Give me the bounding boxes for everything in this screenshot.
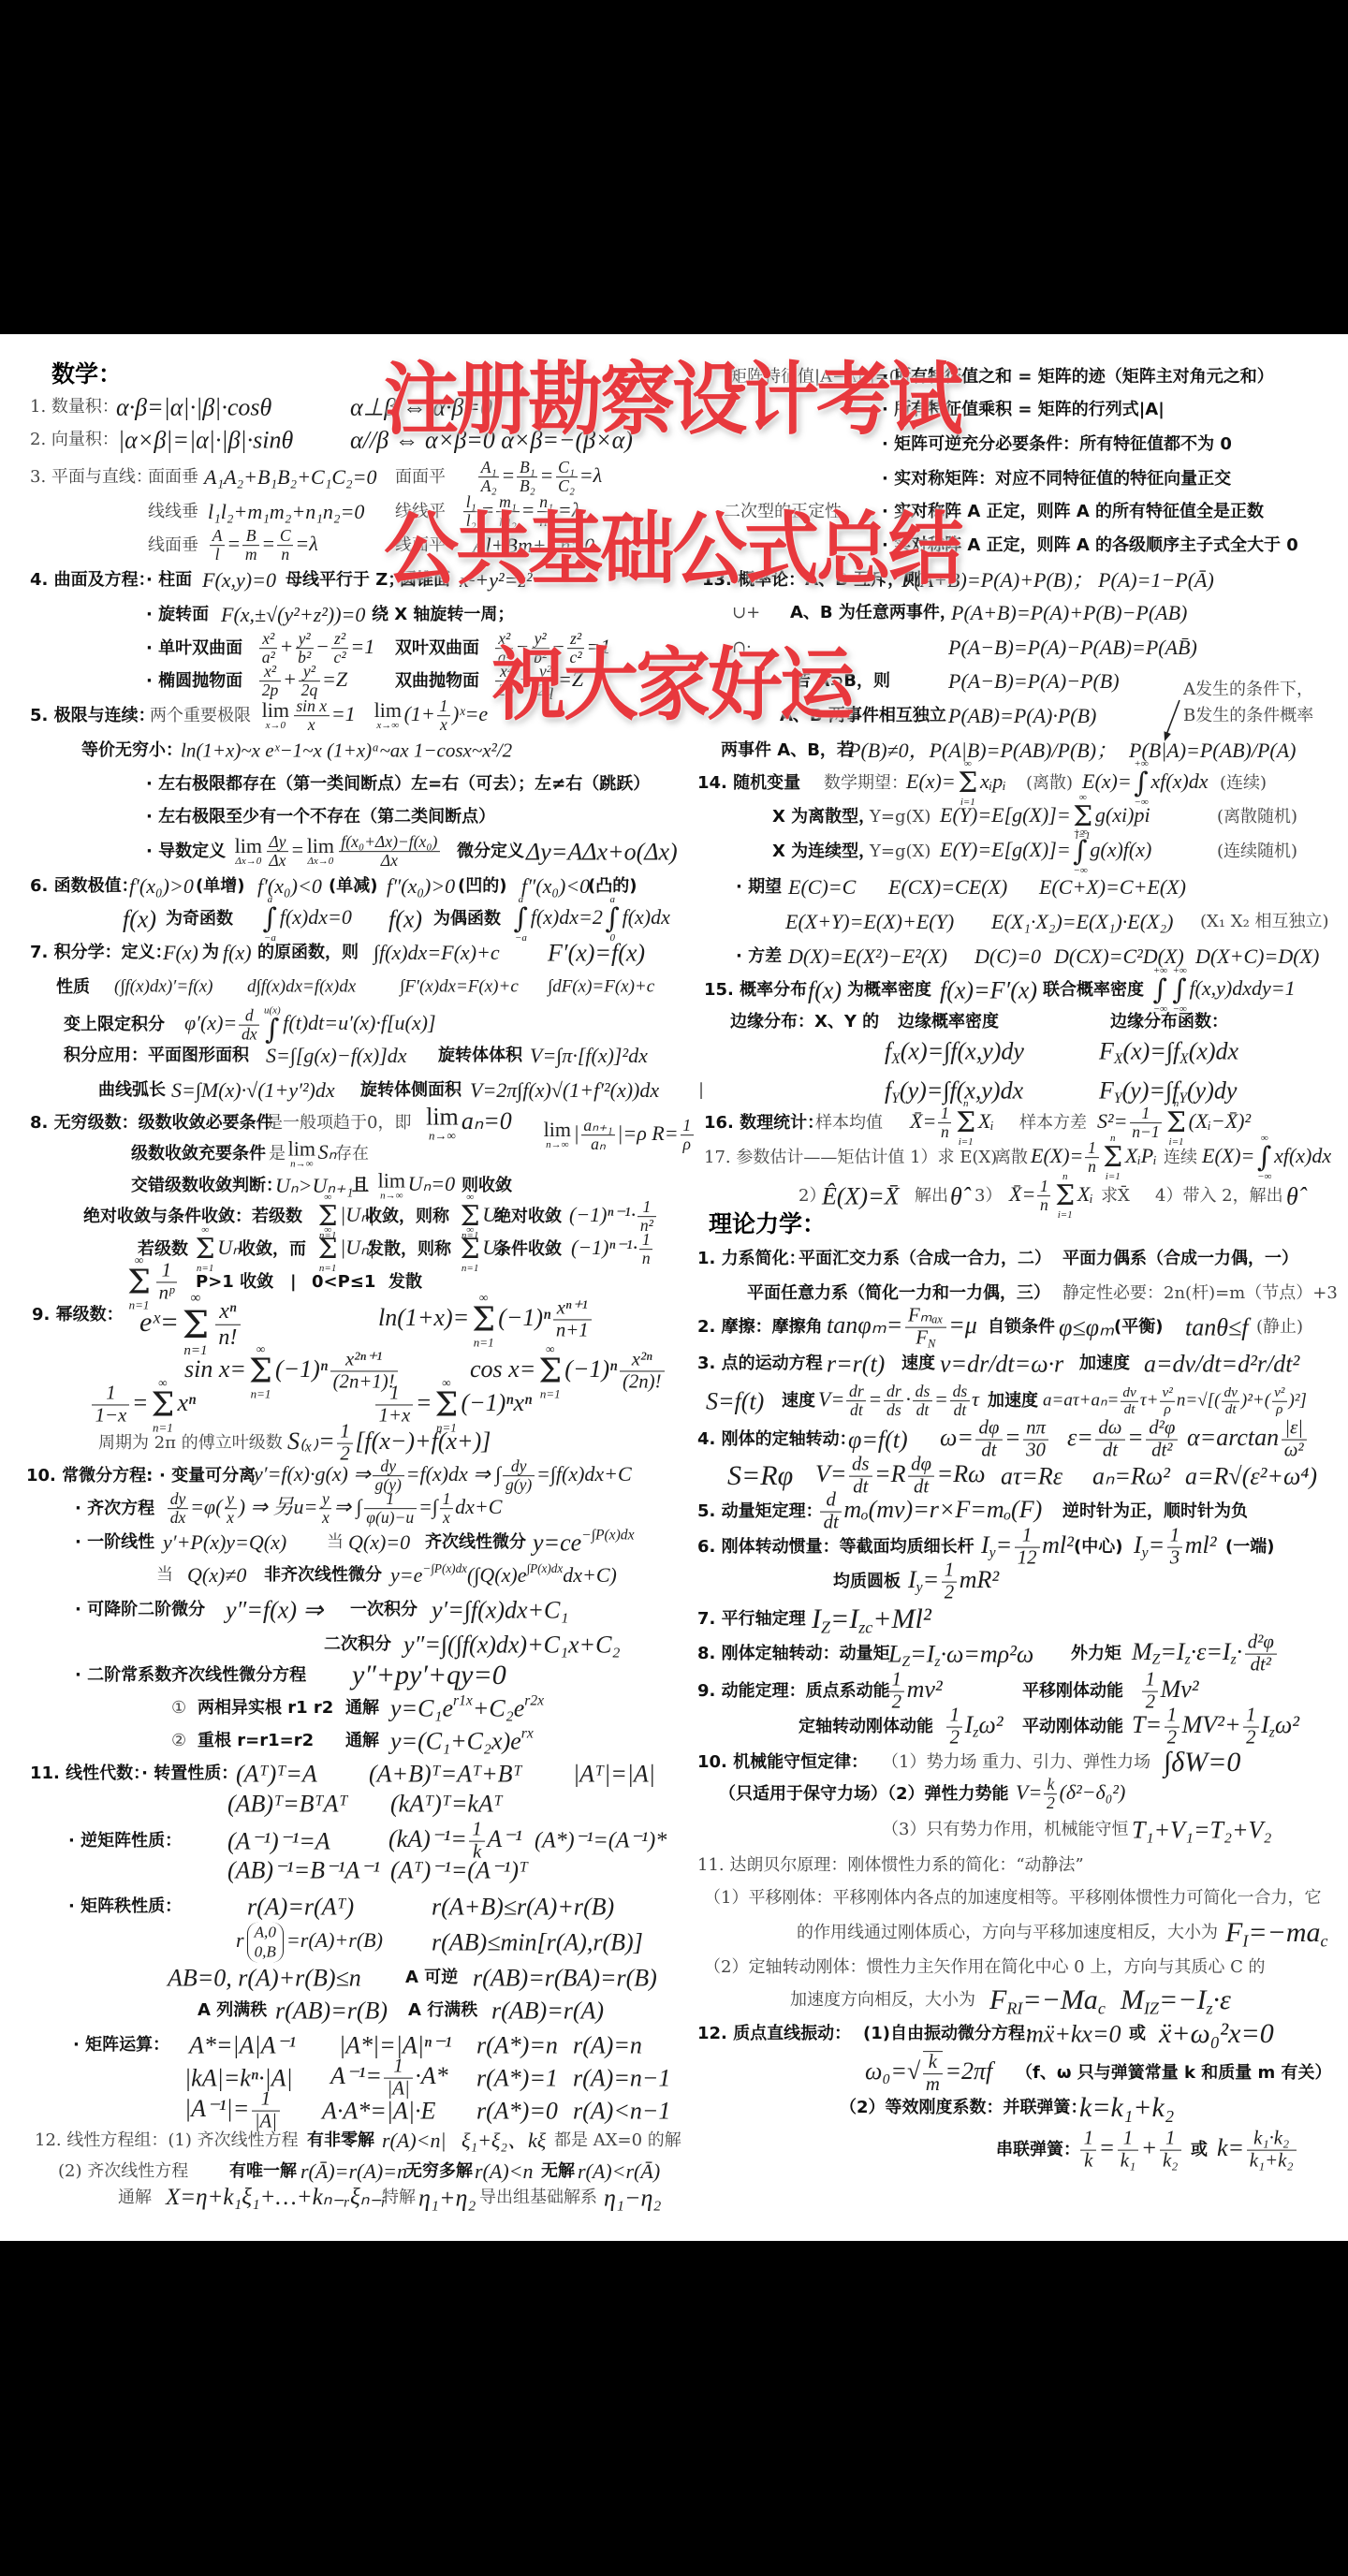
- formula: D(X)=E(X²)−E²(X): [788, 944, 947, 969]
- text: 级数收敛充要条件: [131, 1144, 266, 1164]
- formula: limn→∞Uₙ=0: [375, 1171, 455, 1202]
- formula: f(x): [808, 975, 842, 1004]
- list-marker: 3）: [974, 1186, 1002, 1207]
- denominator-base: F: [916, 1327, 928, 1349]
- text: A 行满秩: [408, 2000, 477, 2021]
- formula-part: g(x)f(x): [1090, 838, 1151, 861]
- limit-operator: limx→0: [262, 701, 289, 732]
- formula-part: )ˣ=e: [452, 702, 488, 725]
- denominator: x: [319, 1510, 331, 1528]
- text: 平面力偶系（合成一力偶，一）: [1062, 1249, 1298, 1269]
- text: 面面垂: [148, 467, 198, 488]
- lower-limit: −a: [515, 933, 527, 944]
- section-label: 7. 积分学：定义：: [30, 943, 172, 963]
- text: · 单叶双曲面: [146, 638, 242, 659]
- numerator: y: [225, 1490, 237, 1509]
- summation-operator: ∞Σn=1: [152, 1376, 175, 1433]
- formula: η₁+η₂: [418, 2183, 476, 2212]
- integral-operator: +∞∫−∞: [1073, 827, 1087, 876]
- formula: sin x=∞Σn=1(−1)ⁿx²ⁿ⁺¹(2n+1)!: [184, 1342, 400, 1399]
- lower-limit: n=1: [153, 1422, 173, 1434]
- text: 两相异实根 r1 r2: [198, 1698, 333, 1719]
- list-marker: ②: [171, 1731, 186, 1751]
- fraction: f(x₀+Δx)−f(x₀)Δx: [339, 833, 440, 871]
- limit-operator: limn→∞: [378, 1171, 405, 1202]
- text: (1)自由振动微分方程：: [863, 2024, 1042, 2044]
- denominator: k: [1080, 2151, 1096, 2173]
- formula-part: =φ(: [190, 1495, 222, 1518]
- formula: φ=f(t): [848, 1425, 908, 1454]
- formula: limx→∞(1+1x)ˣ=e: [372, 697, 488, 735]
- fraction: A₁A₂: [478, 459, 499, 496]
- fraction: dydx: [168, 1490, 188, 1528]
- text: 加速度: [988, 1391, 1038, 1412]
- denominator: x: [440, 1510, 453, 1528]
- text: 定轴转动刚体动能: [799, 1717, 933, 1737]
- text: 无穷多解: [405, 2161, 473, 2182]
- numerator: 1: [469, 1820, 485, 1842]
- fraction: 1ρ: [681, 1117, 694, 1154]
- integral-operator: a∫0: [605, 895, 619, 944]
- text: 或: [1129, 2024, 1146, 2044]
- formula: α·β=|α|·|β|·cosθ: [116, 392, 271, 421]
- text: 微分定义: [457, 842, 524, 862]
- formula: limn→∞aₙ=0: [423, 1105, 512, 1142]
- formula: ln(1+x)=∞Σn=1(−1)ⁿxⁿ⁺¹n+1: [378, 1291, 593, 1348]
- formula-part: ·: [905, 1387, 911, 1411]
- lower-limit: −a: [264, 933, 276, 944]
- block-matrix: A,00,B: [247, 1923, 284, 1963]
- text: 有唯一解: [229, 2161, 297, 2182]
- formula: S=Rφ: [727, 1459, 793, 1493]
- text: 平面任意力系（简化一力和一力偶，三）: [747, 1283, 1050, 1304]
- operator-symbol: ∫: [1172, 976, 1186, 1004]
- text: 为奇函数: [166, 909, 233, 929]
- formula: X̄=1nnΣi=1Xᵢ: [910, 1099, 994, 1148]
- numerator: aₙ₊₁: [581, 1117, 615, 1135]
- formula: (A*)⁻¹=(A⁻¹)*: [535, 1828, 667, 1855]
- text: · 可降阶二阶微分: [75, 1600, 205, 1620]
- formula-part: S₍ₓ₎=: [287, 1427, 335, 1455]
- section-label: 5. 动量矩定理：: [697, 1501, 823, 1522]
- denominator: |A|: [252, 2112, 280, 2133]
- formula-part: y=(C₁+C₂x)e: [390, 1727, 521, 1754]
- numerator: C: [277, 527, 293, 546]
- fraction: B₁B₂: [517, 459, 537, 496]
- formula-part: y=ce: [533, 1529, 581, 1556]
- denominator: x: [437, 717, 450, 735]
- formula: (AB)⁻¹=B⁻¹A⁻¹: [227, 1855, 380, 1884]
- subscript: y: [916, 1580, 923, 1596]
- section-label: 17. 参数估计——矩估计值 1）求 E(X): [704, 1148, 997, 1168]
- formula-part: Xᵢ: [1077, 1182, 1093, 1206]
- text: 边缘分布：X、Y 的: [730, 1012, 879, 1032]
- formula-part: a=aτ+aₙ=: [1043, 1390, 1119, 1410]
- text: 边缘分布函数：: [1110, 1012, 1228, 1032]
- formula-part: g(xi)pi: [1095, 803, 1150, 827]
- section-label: 11. 线性代数：· 转置性质：: [30, 1764, 238, 1784]
- formula: r(A)<n−1: [573, 2096, 670, 2125]
- fraction: d²φdt²: [1245, 1632, 1277, 1676]
- integral-operator: +∞∫−∞: [1172, 966, 1186, 1015]
- operator-symbol: ∫: [1257, 1144, 1271, 1172]
- numerator: dv: [1121, 1385, 1138, 1402]
- formula: X̄=1nnΣi=1Xᵢ: [1009, 1172, 1093, 1221]
- text: 串联弹簧：: [996, 2140, 1080, 2160]
- operator-symbol: Σ: [318, 1236, 338, 1264]
- annotation: B发生的条件概率: [1183, 706, 1313, 726]
- formula: limx→0sin xx=1: [259, 697, 356, 735]
- fraction: 1n: [1037, 1178, 1050, 1215]
- formula: E(C)=C: [788, 875, 856, 900]
- formula-part: =: [1099, 2134, 1116, 2161]
- numerator: y: [319, 1490, 331, 1509]
- limit-operator: limn→∞: [288, 1139, 315, 1170]
- text: · 二阶常系数齐次线性微分方程: [75, 1665, 306, 1686]
- formula-part: y=e: [390, 1563, 422, 1587]
- operator-symbol: Σ: [1055, 1182, 1075, 1210]
- formula-part: =−ma: [1248, 1917, 1320, 1948]
- text: 边缘概率密度: [898, 1012, 999, 1032]
- denominator: dt: [1121, 1402, 1138, 1418]
- formula-part: I: [812, 1603, 821, 1634]
- formula: r(A*)=n: [476, 2030, 558, 2059]
- denominator: n: [277, 547, 293, 564]
- formula-part: =I: [1160, 1638, 1184, 1665]
- formula-part: =I: [830, 1603, 858, 1634]
- section-label: 8. 刚体定轴转动：动量矩: [697, 1644, 890, 1664]
- formula-part: |: [574, 1121, 579, 1145]
- numerator: 1: [1142, 1670, 1158, 1692]
- numerator: x²: [259, 630, 277, 649]
- formula-part: =: [132, 1389, 149, 1416]
- section-label: 7. 平行轴定理: [697, 1609, 806, 1630]
- text: 通解: [345, 1731, 379, 1751]
- numerator: 1: [156, 1261, 178, 1283]
- formula-part: E(Y)=E[g(X)]=: [940, 838, 1071, 861]
- formula-part: Xᵢ: [978, 1109, 994, 1133]
- text: · 柱面: [146, 570, 192, 591]
- formula-part: Uₙ=0: [408, 1172, 456, 1195]
- formula-part: L: [888, 1640, 901, 1667]
- subscript: y: [989, 1545, 996, 1561]
- numerator: A: [210, 527, 225, 546]
- denominator: 2: [1243, 1728, 1259, 1749]
- formula-part: aₙ=0: [462, 1107, 512, 1134]
- formula: y′=∫f(x)dx+C₁: [432, 1595, 568, 1624]
- formula-part: M: [1121, 1984, 1144, 2015]
- fraction: 13: [1167, 1526, 1183, 1570]
- numerator: 1: [1130, 1105, 1163, 1123]
- formula: 11−x=∞Σn=1xⁿ: [90, 1376, 196, 1433]
- numerator: ds: [950, 1383, 970, 1401]
- formula-part: =1: [350, 635, 374, 658]
- formula: +∞∫−∞+∞∫−∞f(x,y)dxdy=1: [1150, 966, 1296, 1015]
- denominator: dt²: [1146, 1441, 1178, 1462]
- limit-operator: limx→∞: [374, 701, 402, 732]
- text: 通解: [118, 2188, 152, 2208]
- formula: ω₀=√km=2πf: [865, 2051, 992, 2096]
- formula-part: F: [1099, 1037, 1114, 1064]
- text: X 为离散型，: [772, 807, 875, 827]
- numerator: sin x: [294, 697, 330, 716]
- fraction: nπ30: [1023, 1418, 1048, 1462]
- operator-symbol: lim: [426, 1105, 459, 1130]
- text: 为偶函数: [433, 909, 501, 929]
- fraction: 12: [946, 1705, 962, 1749]
- formula-part: f(t)dt=u′(x)·f[u(x)]: [283, 1011, 435, 1034]
- text: 或: [1191, 2140, 1208, 2160]
- formula: fX(x)=∫f(x,y)dy: [885, 1036, 1024, 1065]
- formula-part: (1+: [404, 702, 435, 725]
- operator-symbol: lim: [307, 837, 334, 857]
- fraction: 12: [1165, 1705, 1180, 1749]
- section-label: 9. 动能定理：质点系动能: [697, 1681, 890, 1702]
- formula-part: (x)=∫f: [1122, 1037, 1179, 1064]
- lower-limit: x→0: [266, 722, 286, 732]
- fraction: dωdt: [1095, 1418, 1124, 1462]
- formula: V=2π∫f(x)√(1+f′²(x))dx: [470, 1078, 659, 1103]
- text: （1）势力场 重力、引力、弹性力场: [882, 1752, 1150, 1773]
- formula-part: =λ: [579, 463, 602, 487]
- section-label: 4. 刚体的定轴转动：: [697, 1429, 857, 1450]
- operator-symbol: ∫: [1073, 838, 1087, 866]
- formula: f(x): [123, 904, 156, 933]
- denominator: Δx: [339, 853, 440, 871]
- numerator: 1: [1118, 2129, 1139, 2151]
- formula: P(A−B)=P(A)−P(B): [948, 669, 1120, 694]
- formula-part: ·: [1237, 1638, 1243, 1665]
- fraction: 1|A|: [384, 2056, 412, 2100]
- section-label: 10. 常微分方程:: [26, 1466, 153, 1486]
- formula-part: ·ε: [1213, 1984, 1231, 2015]
- formula: Q(x)=0: [348, 1530, 410, 1555]
- formula: tanθ≤f: [1185, 1312, 1249, 1341]
- text: 曲线弧长: [98, 1080, 166, 1101]
- formula: S=∫M(x)·√(1+y′²)dx: [171, 1078, 335, 1103]
- denominator: dx: [168, 1510, 188, 1528]
- numerator: 1: [1167, 1526, 1183, 1548]
- formula-part: Uₙ: [217, 1236, 241, 1259]
- formula: ∫δW=0: [1164, 1746, 1240, 1779]
- formula: r(A)=r(Aᵀ): [247, 1892, 354, 1921]
- text: (单减): [329, 876, 377, 897]
- formula: y′+P(x)y=Q(x): [163, 1530, 286, 1555]
- formula: limn→∞|aₙ₊₁aₙ|=ρ R=1ρ: [541, 1117, 696, 1154]
- denominator: 2: [1044, 1795, 1057, 1813]
- fraction: 12: [942, 1560, 958, 1604]
- denominator: ρ: [1160, 1402, 1175, 1418]
- lower-limit: n→∞: [380, 1192, 403, 1202]
- formula-part: F: [989, 1984, 1006, 2015]
- numerator: dω: [1095, 1418, 1124, 1441]
- formula: r(Ā)=r(A)=n: [300, 2159, 407, 2184]
- numerator: 1: [681, 1117, 694, 1135]
- text: 无解: [541, 2161, 575, 2182]
- fraction: k2: [1044, 1776, 1057, 1813]
- subscript: N: [928, 1337, 935, 1350]
- fraction: ddx: [239, 1006, 259, 1044]
- fraction: drds: [884, 1383, 903, 1420]
- formula: MIZ=−Iz·ε: [1121, 1983, 1231, 2017]
- fraction: dsdt: [913, 1383, 932, 1420]
- numerator: 1: [1160, 2129, 1181, 2151]
- formula-part: xf(x)dx: [1274, 1144, 1331, 1167]
- superscript: −∫P(x)dx: [581, 1528, 634, 1544]
- formula-part: (−1)ⁿxⁿ: [461, 1389, 532, 1416]
- formula: (A+B)ᵀ=Aᵀ+Bᵀ: [369, 1759, 522, 1788]
- formula: y=C₁er1x+C₂er2x: [390, 1693, 544, 1722]
- formula: Q(x)≠0: [187, 1563, 246, 1588]
- formula-part: =: [1004, 1424, 1021, 1451]
- text: 为: [202, 943, 219, 963]
- text: P>1 收敛: [196, 1272, 273, 1293]
- formula: A₁A₂+B₁B₂+C₁C₂=0: [204, 465, 377, 490]
- formula-part: A⁻¹: [487, 1825, 521, 1852]
- section-label: 16. 数理统计：: [704, 1113, 824, 1134]
- formula: ∫dF(x)=F(x)+c: [548, 977, 654, 999]
- formula-part: |A⁻¹|=: [184, 2095, 249, 2122]
- numerator: xⁿ⁺¹: [553, 1298, 592, 1321]
- text: （f、ω 只与弹簧常量 k 和质量 m 有关）: [1016, 2063, 1332, 2084]
- numerator: ds: [913, 1383, 932, 1401]
- text: 性质: [56, 977, 90, 998]
- subscript: X: [891, 1051, 901, 1067]
- text: A 列满秩: [198, 2000, 267, 2021]
- formula-part: XᵢPᵢ: [1125, 1144, 1157, 1167]
- formula-part: xᵢpᵢ: [980, 769, 1006, 793]
- text: 平移刚体动能: [1022, 1681, 1123, 1702]
- text: · 齐次方程: [75, 1499, 154, 1519]
- denominator: n: [1037, 1196, 1050, 1214]
- text: 0<P≤1: [312, 1272, 375, 1293]
- text: 条件收敛: [494, 1239, 562, 1260]
- formula: D(C)=0: [974, 944, 1041, 969]
- formula-part: =∫f(x)dx+C: [536, 1462, 632, 1486]
- text: 旋转体侧面积: [360, 1080, 462, 1101]
- formula-part: I: [1134, 1531, 1142, 1559]
- formula-part: =: [540, 463, 554, 487]
- text: 联合概率密度: [1043, 980, 1144, 1001]
- mechanics-heading: 理论力学：: [709, 1210, 826, 1238]
- text: 双叶双曲面: [395, 638, 479, 659]
- subscript: c: [1098, 1998, 1106, 2017]
- formula-part: =λ: [295, 532, 317, 555]
- section-label: 8. 无穷级数：级数收敛必要条件: [30, 1113, 273, 1134]
- fraction: |ε|ω²: [1282, 1418, 1307, 1462]
- numerator: 1: [92, 1383, 129, 1406]
- formula: η₁−η₂: [604, 2183, 661, 2212]
- operator-symbol: Σ: [1103, 1144, 1122, 1172]
- text: (静止): [1256, 1317, 1303, 1338]
- text: 速度: [782, 1391, 815, 1412]
- formula: ξ₁+ξ₂、kξ: [462, 2129, 546, 2153]
- text: Y=g(X): [870, 807, 930, 827]
- text: (连续随机): [1217, 842, 1297, 862]
- text: 是: [269, 1144, 286, 1164]
- formula-part: E(X)=: [1031, 1144, 1083, 1167]
- formula: AB=0, r(A)+r(B)≤n: [168, 1963, 361, 1992]
- text: 都是 AX=0 的解: [554, 2130, 681, 2151]
- formula: S=∫[g(x)−f(x)]dx: [266, 1044, 407, 1068]
- formula: F(x): [163, 941, 198, 965]
- formula-part: ω²: [1275, 1711, 1299, 1738]
- formula-part: =: [923, 1566, 940, 1593]
- text: 非齐次线性微分: [264, 1565, 382, 1586]
- text: （2）等效刚度系数：并联弹簧：: [840, 2098, 1088, 2118]
- section-label: 3. 平面与直线：: [30, 467, 153, 488]
- text: 自锁条件: [988, 1317, 1055, 1338]
- formula: E(X)=∞∫−∞xf(x)dx: [1202, 1134, 1331, 1182]
- formula: θ̂: [1286, 1181, 1298, 1210]
- matrix-row: 0,B: [255, 1942, 276, 1962]
- formula-part: +: [1141, 2134, 1158, 2161]
- formula: r(A+B)≤r(A)+r(B): [432, 1892, 614, 1921]
- numerator: 1: [1037, 1178, 1050, 1196]
- formula: r(A*)=0: [476, 2096, 558, 2125]
- denominator: aₙ: [581, 1136, 615, 1154]
- numerator: 1: [375, 1383, 413, 1406]
- summation-operator: ∞Σn=1: [538, 1342, 562, 1399]
- formula-part: E(X)=: [1202, 1144, 1254, 1167]
- text: · 方差: [736, 946, 782, 967]
- formula: r(A)<n|: [382, 2129, 447, 2153]
- text: 逆时针为正，顺时针为负: [1062, 1501, 1248, 1522]
- formula: ∞Σn=1Uₙ: [193, 1225, 241, 1274]
- formula-part: =: [501, 463, 515, 487]
- formula-part: I: [981, 1531, 989, 1559]
- formula: r(A)=n: [573, 2030, 642, 2059]
- formula: f(x): [223, 941, 252, 965]
- numerator: 1: [946, 1705, 962, 1728]
- text: · 逆矩阵性质：: [68, 1831, 182, 1851]
- numerator: ds: [849, 1455, 872, 1477]
- denominator: n: [938, 1123, 951, 1141]
- formula-part: xⁿ: [177, 1389, 196, 1416]
- fraction: sin xx: [294, 697, 330, 735]
- denominator: 1−x: [92, 1406, 129, 1427]
- formula-part: (x)=∫f(x,y)dy: [901, 1037, 1024, 1064]
- text: （1）平移刚体：平移刚体内各点的加速度相等。平移刚体惯性力可简化一合力，它: [704, 1888, 1321, 1909]
- text: · 变量可分离: [159, 1466, 256, 1486]
- text: · 期望: [736, 877, 782, 898]
- text: 收敛，则称: [365, 1207, 449, 1227]
- text: 有非零解: [307, 2130, 374, 2151]
- limit-operator: limΔx→0: [307, 837, 334, 868]
- fraction: xⁿ⁺¹n+1: [553, 1298, 592, 1342]
- formula-part: ·ω=mρ²ω: [940, 1640, 1033, 1667]
- lower-limit: n→∞: [546, 1141, 568, 1151]
- denominator: 2: [942, 1583, 958, 1604]
- formula: α=arctan|ε|ω²: [1187, 1418, 1309, 1462]
- text: （只适用于保守力场）（2）弹性力势能: [719, 1784, 1009, 1805]
- text: Y=g(X): [870, 842, 930, 862]
- text: · 矩阵秩性质：: [68, 1896, 182, 1917]
- formula: y″=f(x) ⇒: [226, 1595, 323, 1624]
- numerator: x²ⁿ: [620, 1350, 665, 1372]
- formula: φ′(x)=ddxu(x)∫f(t)dt=u′(x)·f[u(x)]: [184, 1006, 436, 1045]
- text: （3）只有势力作用，机械能守恒: [882, 1820, 1128, 1840]
- formula-part: +Ml²: [872, 1603, 931, 1634]
- formula-part: M: [1132, 1638, 1152, 1665]
- text: 等价无穷小：: [81, 740, 183, 761]
- subscript: y: [1142, 1545, 1149, 1561]
- formula: y″+py′+qy=0: [352, 1659, 506, 1692]
- fraction: 1x: [440, 1490, 453, 1528]
- formula: y=(C₁+C₂x)erx: [390, 1726, 534, 1755]
- operator-symbol: lim: [288, 1139, 315, 1160]
- text: · 一阶线性: [75, 1532, 154, 1553]
